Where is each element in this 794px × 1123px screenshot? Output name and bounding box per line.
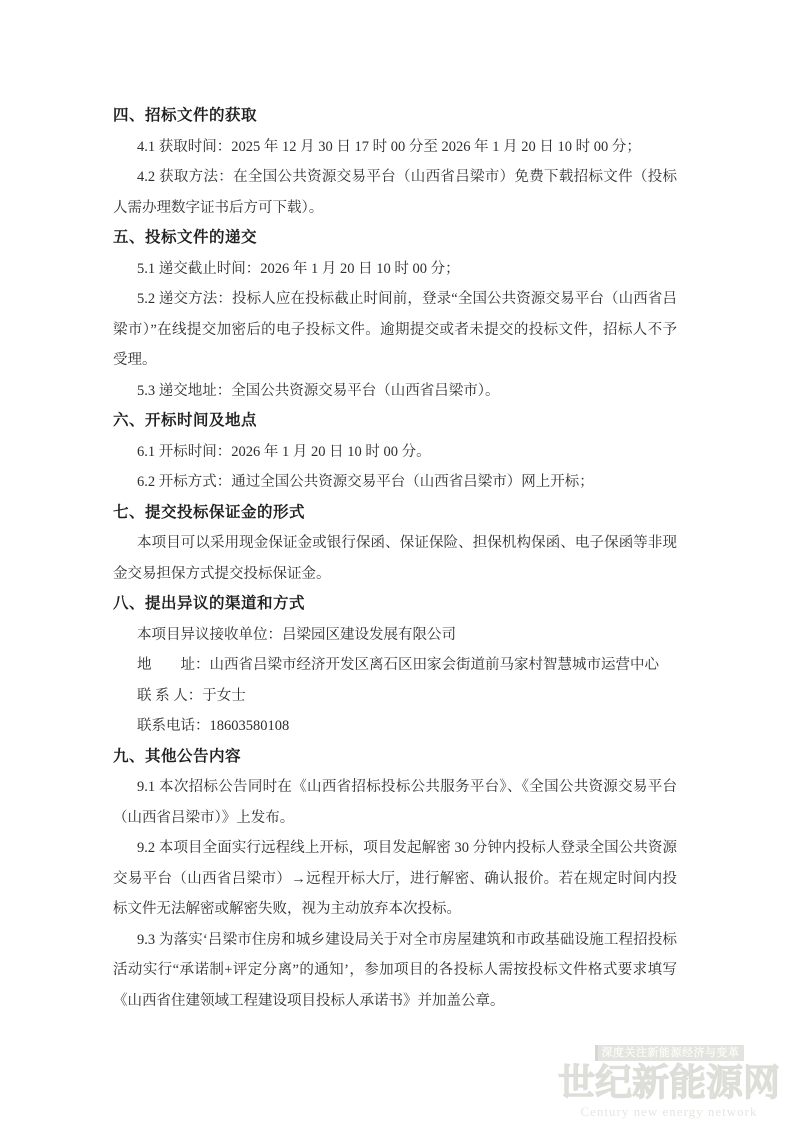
section-6-paragraph: 6.1 开标时间：2026 年 1 月 20 日 10 时 00 分。	[113, 437, 677, 468]
announcement-body: 四、招标文件的获取 4.1 获取时间：2025 年 12 月 30 日 17 时…	[113, 101, 677, 1016]
section-7-heading: 七、提交投标保证金的形式	[113, 498, 677, 529]
section-4-paragraph: 4.1 获取时间：2025 年 12 月 30 日 17 时 00 分至 202…	[113, 132, 677, 163]
watermark-slogan-row: 深度关注新能源经济与变革	[553, 1043, 785, 1061]
section-5-paragraph: 5.2 递交方法：投标人应在投标截止时间前，登录“全国公共资源交易平台（山西省吕…	[113, 284, 677, 376]
section-7-paragraph: 本项目可以采用现金保证金或银行保函、保证保险、担保机构保函、电子保函等非现金交易…	[113, 528, 677, 589]
section-4-heading: 四、招标文件的获取	[113, 101, 677, 132]
section-9-paragraph: 9.1 本次招标公告同时在《山西省招标投标公共服务平台》、《全国公共资源交易平台…	[113, 772, 677, 833]
section-9-heading: 九、其他公告内容	[113, 742, 677, 773]
contact-person-line: 联 系 人：于女士	[113, 681, 677, 712]
section-5-heading: 五、投标文件的递交	[113, 223, 677, 254]
section-9-paragraph: 9.2 本项目全面实行远程线上开标，项目发起解密 30 分钟内投标人登录全国公共…	[113, 833, 677, 925]
contact-phone-line: 联系电话：18603580108	[113, 711, 677, 742]
section-5-paragraph: 5.1 递交截止时间：2026 年 1 月 20 日 10 时 00 分；	[113, 254, 677, 285]
section-5-paragraph: 5.3 递交地址：全国公共资源交易平台（山西省吕梁市）。	[113, 376, 677, 407]
section-9-paragraph: 9.3 为落实‘吕梁市住房和城乡建设局关于对全市房屋建筑和市政基础设施工程招投标…	[113, 925, 677, 1017]
section-6-paragraph: 6.2 开标方式：通过全国公共资源交易平台（山西省吕梁市）网上开标；	[113, 467, 677, 498]
watermark-brand-text: 世纪新能源网	[553, 1062, 785, 1104]
watermark-slogan-badge: 深度关注新能源经济与变革	[595, 1045, 744, 1061]
section-4-paragraph: 4.2 获取方法：在全国公共资源交易平台（山西省吕梁市）免费下载招标文件（投标人…	[113, 162, 677, 223]
objection-recipient-line: 本项目异议接收单位：吕梁园区建设发展有限公司	[113, 620, 677, 651]
address-line: 地 址：山西省吕梁市经济开发区离石区田家会街道前马家村智慧城市运营中心	[113, 650, 677, 681]
watermark-tagline: Century new energy network	[553, 1104, 785, 1119]
section-8-heading: 八、提出异议的渠道和方式	[113, 589, 677, 620]
document-page: 四、招标文件的获取 4.1 获取时间：2025 年 12 月 30 日 17 时…	[0, 0, 794, 1123]
watermark: 深度关注新能源经济与变革 世纪新能源网 Century new energy n…	[553, 1043, 785, 1119]
section-6-heading: 六、开标时间及地点	[113, 406, 677, 437]
